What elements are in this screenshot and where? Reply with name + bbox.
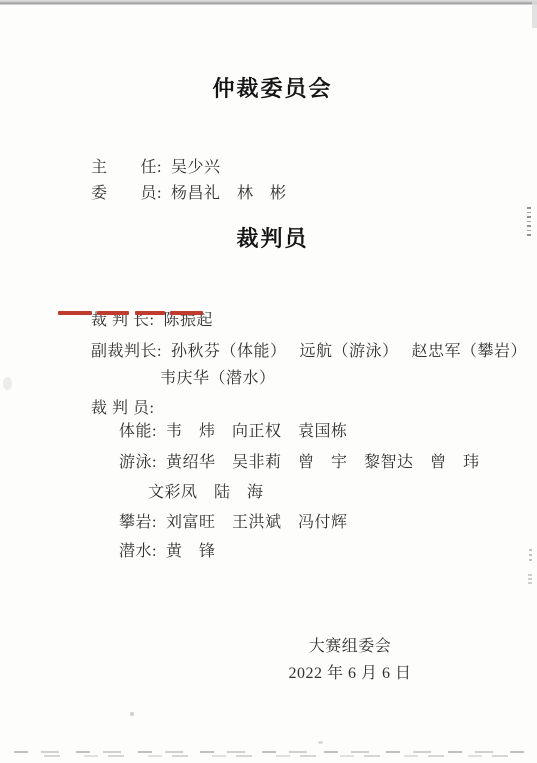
scan-artifact-speck xyxy=(130,712,134,716)
committee-members-row: 委 员:杨昌礼 林 彬 xyxy=(73,167,286,221)
referees-title: 裁判员 xyxy=(0,222,537,253)
red-underline-segment xyxy=(170,311,203,315)
scan-artifact-bottom-dashes xyxy=(14,751,537,753)
members-label: 委 员: xyxy=(91,185,162,202)
arbitration-committee-title: 仲裁委员会 xyxy=(0,72,537,103)
scan-artifact-top-band xyxy=(0,0,537,5)
deputy-chief-row-continued: 韦庆华（潜水） xyxy=(142,352,276,406)
red-underline-segment xyxy=(97,311,129,315)
deputy-chief-names-line2: 韦庆华（潜水） xyxy=(160,370,276,387)
scan-artifact-right-mark xyxy=(529,549,532,561)
organizing-committee-signature: 大赛组委会 xyxy=(270,633,430,656)
scan-artifact-right-mark xyxy=(528,574,532,584)
red-underline-segment xyxy=(58,311,92,315)
scan-artifact-topright-strip xyxy=(532,0,537,28)
scanned-document-page: 仲裁委员会 主 任:吴少兴 委 员:杨昌礼 林 彬 裁判员 裁 判 长:陈振起 … xyxy=(0,0,537,763)
scan-artifact-speck xyxy=(318,741,323,744)
group-diving-names: 黄 锋 xyxy=(166,543,216,560)
group-diving-label: 潜水: xyxy=(119,543,157,560)
document-date: 2022 年 6 月 6 日 xyxy=(270,660,430,683)
scan-artifact-bottom-dashes xyxy=(34,755,531,757)
referee-group-diving: 潜水:黄 锋 xyxy=(101,525,215,579)
red-underline-segment xyxy=(135,311,165,315)
members-names: 杨昌礼 林 彬 xyxy=(171,185,287,202)
scan-artifact-left-smudge xyxy=(3,377,12,390)
